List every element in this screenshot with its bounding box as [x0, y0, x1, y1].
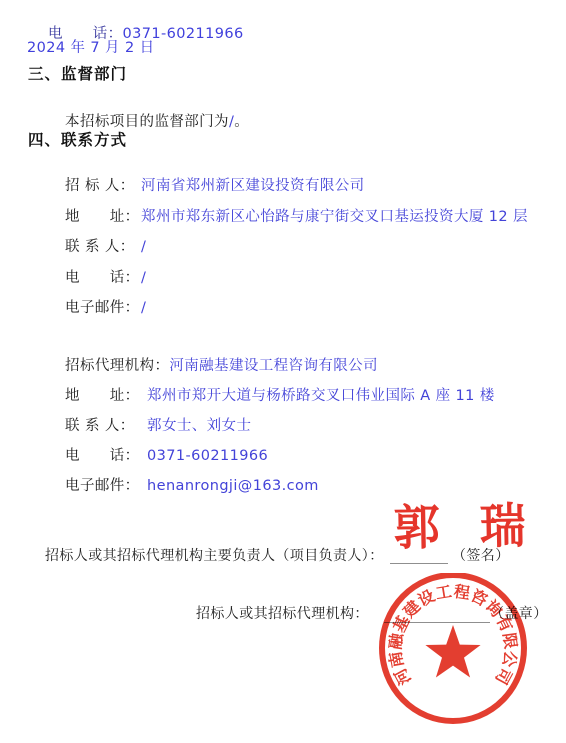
section3-heading: 三、监督部门 [28, 66, 127, 83]
tenderer-email-value: / [141, 300, 146, 316]
tenderer-contact-value: / [141, 239, 146, 255]
section3-body-prefix: 本招标项目的监督部门为 [65, 114, 229, 130]
company-seal: 河南融基建设工程咨询有限公司 [377, 573, 529, 725]
section4-heading: 四、联系方式 [28, 132, 127, 149]
agency-phone-value: 0371-60211966 [141, 448, 268, 464]
agency-email-value: henanrongji@163.com [141, 478, 319, 494]
tender-document-page: 电 话：0371-60211966 2024 年 7 月 2 日 三、监督部门 … [0, 0, 566, 743]
agency-contact-value: 郭女士、刘女士 [141, 418, 251, 434]
document-date: 2024 年 7 月 2 日 [27, 41, 155, 57]
seal-star-icon [425, 625, 480, 678]
section3-body-suffix: 。 [234, 114, 249, 130]
agency-email-label: 电子邮件： [65, 479, 141, 495]
agency-email-row: 电子邮件：henanrongji@163.com [45, 463, 319, 511]
tenderer-email-row: 电子邮件：/ [45, 285, 146, 333]
signature-stamp: 郭 瑞 华 [393, 486, 566, 559]
tenderer-phone-value: / [141, 270, 146, 286]
responsible-person-line: 招标人或其招标代理机构主要负责人（项目负责人）： [45, 549, 384, 564]
tenderer-name-label: 招 标 人： [65, 179, 141, 195]
agency-name-value: 河南融基建设工程咨询有限公司 [169, 358, 378, 374]
tenderer-email-label: 电子邮件： [65, 301, 141, 317]
agency-address-value: 郑州市郑开大道与杨桥路交叉口伟业国际 A 座 11 楼 [141, 388, 495, 404]
tenderer-contact-label: 联 系 人： [65, 240, 141, 256]
organization-line: 招标人或其招标代理机构： [196, 607, 369, 622]
tenderer-name-value: 河南省郑州新区建设投资有限公司 [141, 178, 365, 194]
signature-blank-line [390, 563, 448, 564]
tenderer-address-value: 郑州市郑东新区心怡路与康宁街交叉口基运投资大厦 12 层 [141, 209, 528, 225]
